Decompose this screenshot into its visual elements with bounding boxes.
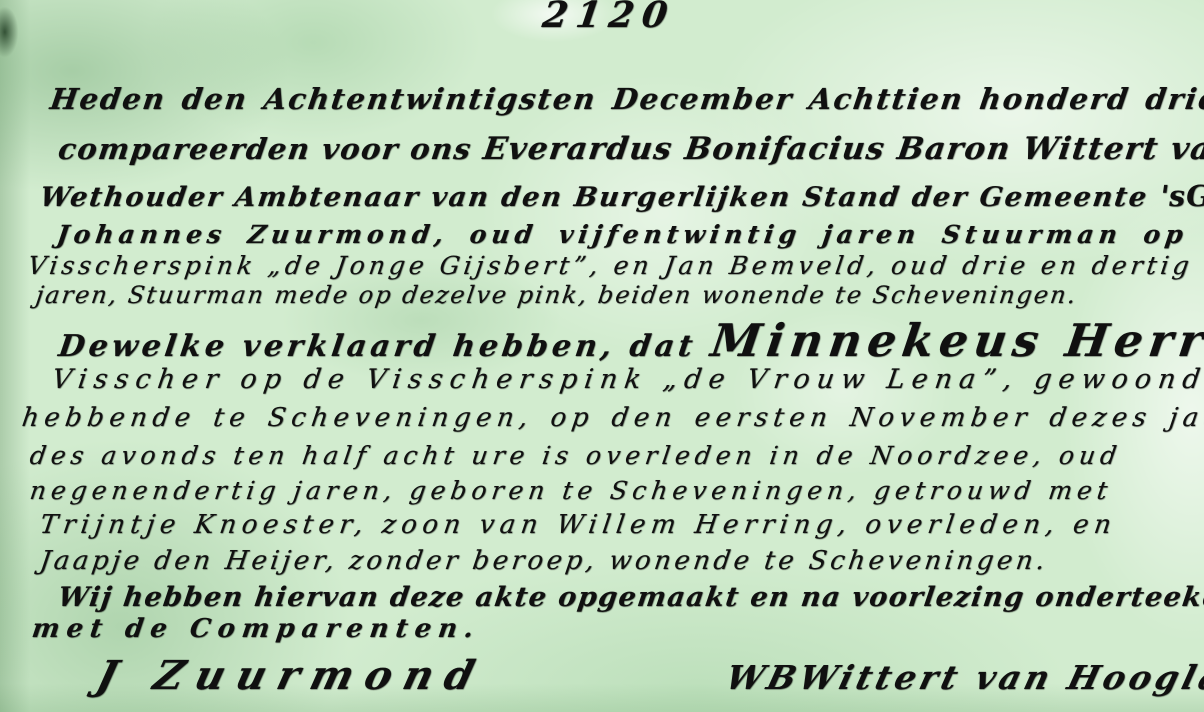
declaration-lead-text: Dewelke verklaard hebben, dat — [56, 329, 713, 364]
line-residence: jaren, Stuurman mede op dezelve pink, be… — [34, 281, 1079, 309]
registrar-title-text: Wethouder Ambtenaar van den Burgerlijken… — [38, 182, 1162, 213]
line-declaration: Dewelke verklaard hebben, dat Minnekeus … — [56, 314, 1204, 367]
death-record-scan: 2120 Heden den Achtentwintigsten Decembe… — [0, 0, 1204, 712]
line-declarant1: Johannes Zuurmond, oud vijfentwintig jar… — [55, 220, 1204, 249]
line-age-birthplace: negenendertig jaren, geboren te Scheveni… — [28, 476, 1114, 505]
line-ship-declarant2: Visscherspink „de Jonge Gijsbert”, en Ja… — [26, 251, 1195, 280]
signature-official: WBWittert van Hoogland — [722, 658, 1204, 697]
line-opening-date: Heden den Achtentwintigsten December Ach… — [48, 82, 1204, 116]
signature-declarant: J Zuurmond — [92, 652, 491, 699]
line-registrar-title: Wethouder Ambtenaar van den Burgerlijken… — [38, 179, 1204, 213]
line-closing: Wij hebben hiervan deze akte opgemaakt e… — [56, 582, 1204, 613]
act-number: 2120 — [540, 0, 678, 36]
line-spouse-father: Trijntje Knoester, zoon van Willem Herri… — [38, 510, 1118, 540]
deceased-name: Minnekeus Herring, — [708, 314, 1204, 367]
line-closing-end: met de Comparenten. — [30, 614, 482, 644]
line-death-date: hebbende te Scheveningen, op den eersten… — [20, 403, 1204, 433]
line-registrar: compareerden voor ons Everardus Bonifaci… — [56, 131, 1204, 167]
line-deceased-occupation: Visscher op de Visscherspink „de Vrouw L… — [50, 364, 1204, 395]
line-mother: Jaapje den Heijer, zonder beroep, wonend… — [38, 546, 1050, 576]
municipality-stamp-text: 'sGravenhage, — [1157, 179, 1204, 213]
registrar-name: Everardus Bonifacius Baron Wittert van H… — [481, 131, 1204, 167]
line-death-time: des avonds ten half acht ure is overlede… — [28, 441, 1123, 470]
registrar-lead-text: compareerden voor ons — [56, 132, 486, 166]
